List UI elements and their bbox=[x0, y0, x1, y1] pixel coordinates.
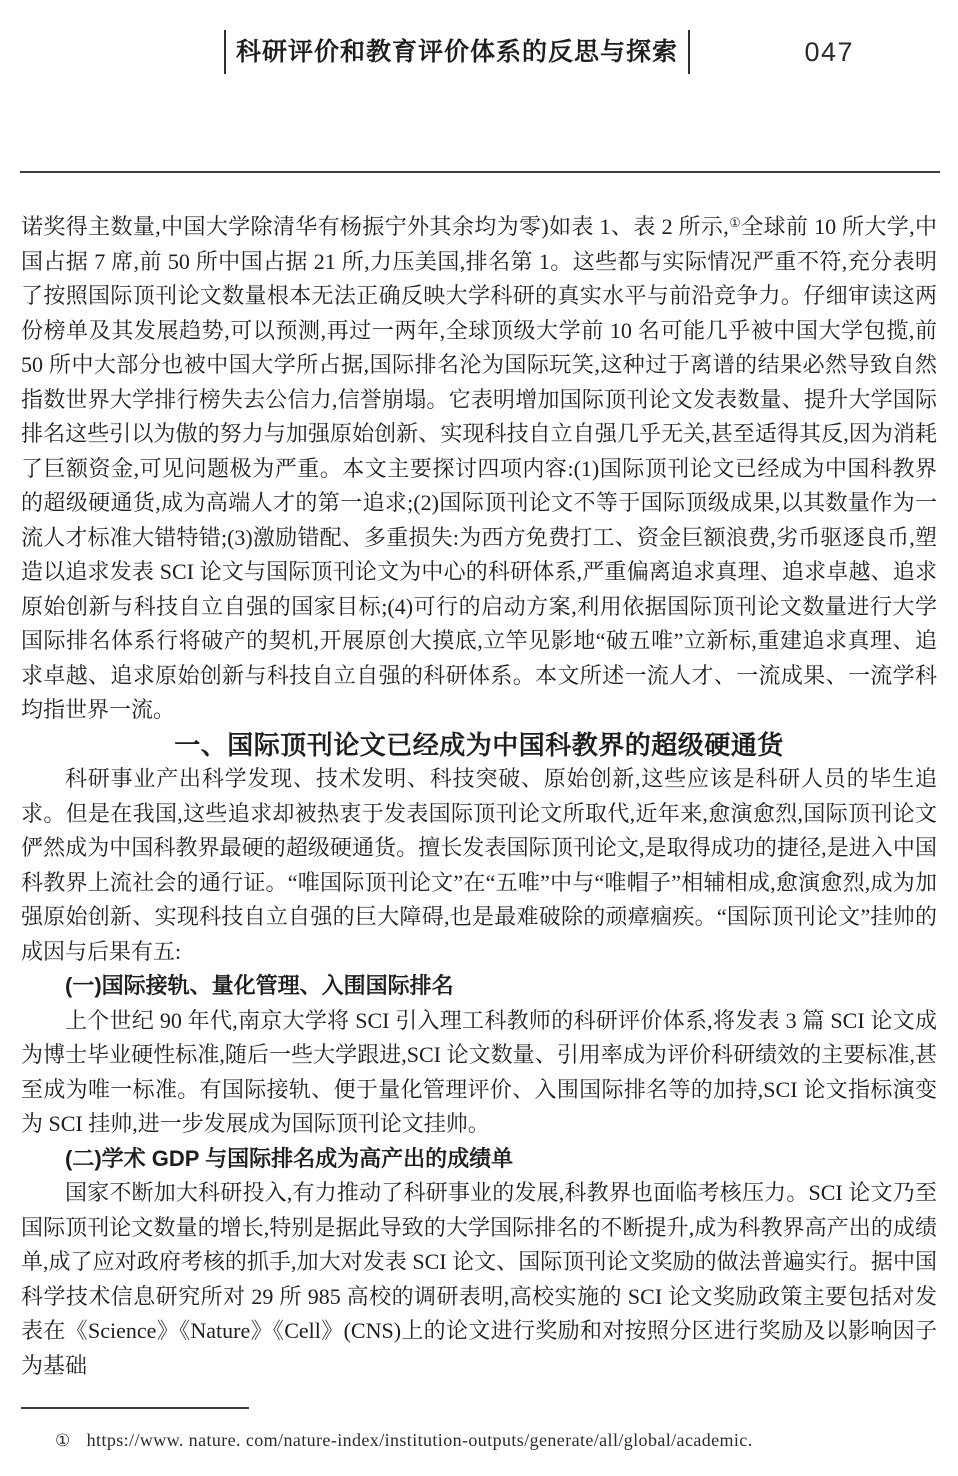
page-number: 047 bbox=[804, 37, 854, 68]
subsection-heading-1: (一)国际接轨、量化管理、入围国际排名 bbox=[21, 969, 937, 1004]
paragraph-continuation: 诺奖得主数量,中国大学除清华有杨振宁外其余均为零)如表 1、表 2 所示,①全球… bbox=[21, 210, 937, 728]
footnote: ①https://www. nature. com/nature-index/i… bbox=[55, 1430, 935, 1451]
paragraph-4: 国家不断加大科研投入,有力推动了科研事业的发展,科教界也面临考核压力。SCI 论… bbox=[21, 1176, 937, 1383]
footnote-url-text: https://www. nature. com/nature-index/in… bbox=[87, 1430, 753, 1450]
article-body: 诺奖得主数量,中国大学除清华有杨振宁外其余均为零)如表 1、表 2 所示,①全球… bbox=[21, 210, 937, 1383]
footnote-reference-mark: ① bbox=[729, 215, 741, 230]
header-rule bbox=[20, 171, 940, 173]
running-head-title: 科研评价和教育评价体系的反思与探索 bbox=[224, 30, 690, 74]
footnote-rule bbox=[21, 1407, 249, 1409]
footnote-marker: ① bbox=[55, 1431, 71, 1450]
paragraph-3: 上个世纪 90 年代,南京大学将 SCI 引入理工科教师的科研评价体系,将发表 … bbox=[21, 1004, 937, 1142]
paragraph-1-text-after: 全球前 10 所大学,中国占据 7 席,前 50 所中国占据 21 所,力压美国… bbox=[21, 214, 937, 722]
section-heading-1: 一、国际顶刊论文已经成为中国科教界的超级硬通货 bbox=[21, 728, 937, 763]
paragraph-2: 科研事业产出科学发现、技术发明、科技突破、原始创新,这些应该是科研人员的毕生追求… bbox=[21, 762, 937, 969]
subsection-heading-2: (二)学术 GDP 与国际排名成为高产出的成绩单 bbox=[21, 1142, 937, 1177]
paragraph-1-text: 诺奖得主数量,中国大学除清华有杨振宁外其余均为零)如表 1、表 2 所示, bbox=[21, 214, 729, 239]
